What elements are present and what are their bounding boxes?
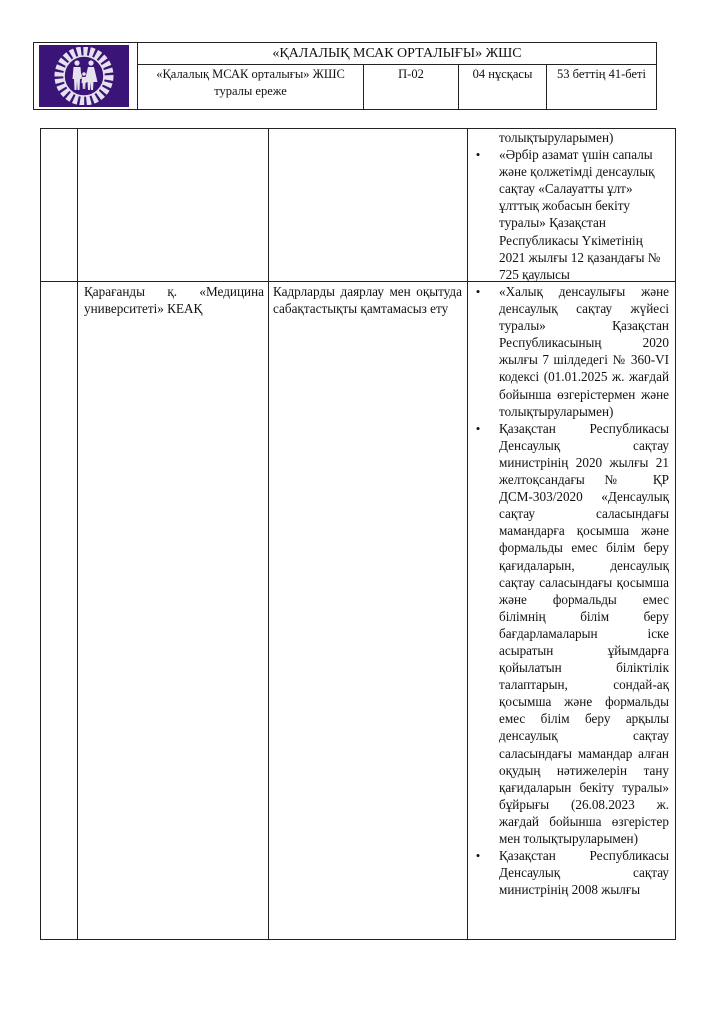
- legal-act-item: • «Әрбір азамат үшін сапалы және қолжеті…: [472, 146, 669, 283]
- bullet-icon: •: [472, 146, 484, 163]
- row2-organization-cell: Қарағанды қ. «Медицина университеті» КЕА…: [78, 283, 268, 317]
- legal-act-item: • Қазақстан Республикасы Денсаулық сақта…: [472, 420, 669, 847]
- row1-legal-basis-cell: толықтыруларымен) • «Әрбір азамат үшін с…: [468, 129, 673, 283]
- row2-legal-basis-cell: • «Халық денсаулығы және денсаулық сақта…: [468, 283, 673, 898]
- logo-emblem-icon: [53, 47, 115, 105]
- page-counter: 53 беттің 41-беті: [547, 64, 656, 109]
- legal-act-item: • Қазақстан Республикасы Денсаулық сақта…: [472, 847, 669, 898]
- row1-number-cell: [41, 129, 77, 281]
- row1-organization-cell: [78, 129, 268, 281]
- document-name-line1: «Қалалық МСАК орталығы» ЖШС: [138, 66, 363, 83]
- row1-purpose-cell: [269, 129, 467, 281]
- document-version: 04 нұсқасы: [459, 64, 547, 109]
- family-in-ring-logo-icon: [39, 45, 129, 107]
- document-header: «ҚАЛАЛЫҚ МСАК ОРТАЛЫҒЫ» ЖШС «Қалалық МСА…: [33, 42, 657, 110]
- legal-act-item: • «Халық денсаулығы және денсаулық сақта…: [472, 283, 669, 420]
- regulations-table: толықтыруларымен) • «Әрбір азамат үшін с…: [40, 128, 676, 940]
- row2-purpose-cell: Кадрларды даярлау мен оқытуда сабақтасты…: [269, 283, 467, 317]
- bullet-icon: •: [472, 847, 484, 864]
- continuation-text: толықтыруларымен): [472, 129, 669, 146]
- document-name-line2: туралы ереже: [138, 83, 363, 100]
- document-code: П-02: [364, 64, 459, 109]
- organization-title: «ҚАЛАЛЫҚ МСАК ОРТАЛЫҒЫ» ЖШС: [138, 43, 656, 65]
- logo-cell: [34, 43, 138, 109]
- bullet-icon: •: [472, 283, 484, 300]
- document-name-cell: «Қалалық МСАК орталығы» ЖШС туралы ереже: [138, 64, 364, 109]
- bullet-icon: •: [472, 420, 484, 437]
